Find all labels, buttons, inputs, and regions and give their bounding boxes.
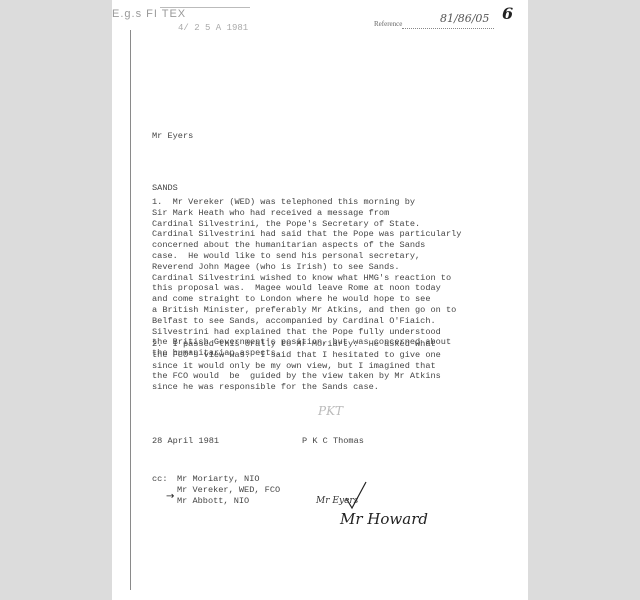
registry-mark: 4/ 2 5 A 1981 <box>178 23 248 33</box>
arrow-icon: → <box>166 491 174 502</box>
signatory: P K C Thomas <box>302 436 364 447</box>
reference-dotted-line <box>402 28 494 29</box>
cc-item: Mr Abbott, NIO <box>177 496 249 506</box>
paragraph-1: 1. Mr Vereker (WED) was telephoned this … <box>152 197 461 359</box>
handwritten-note-2: Mr Howard <box>340 510 428 528</box>
cc-list: Mr Moriarty, NIO Mr Vereker, WED, FCO Mr… <box>177 474 280 506</box>
reference-value: 81/86/05 <box>440 12 489 25</box>
cc-item: Mr Moriarty, NIO <box>177 474 260 484</box>
addressee: Mr Eyers <box>152 131 193 142</box>
margin-line <box>130 30 131 590</box>
subject-heading: SANDS <box>152 183 178 194</box>
reference-label: Reference <box>374 20 402 28</box>
file-stamp: E.g.s FI TEX <box>112 8 186 20</box>
page-number: 6 <box>502 4 513 23</box>
document-date: 28 April 1981 <box>152 436 219 447</box>
cc-item: Mr Vereker, WED, FCO <box>177 485 280 495</box>
handwritten-note-1: Mr Eyers <box>316 496 358 506</box>
handwritten-initials: PKT <box>318 404 343 418</box>
paragraph-2: 2. I passed this orally to Mr Moriarty. … <box>152 339 441 393</box>
cc-label: cc: <box>152 474 167 485</box>
